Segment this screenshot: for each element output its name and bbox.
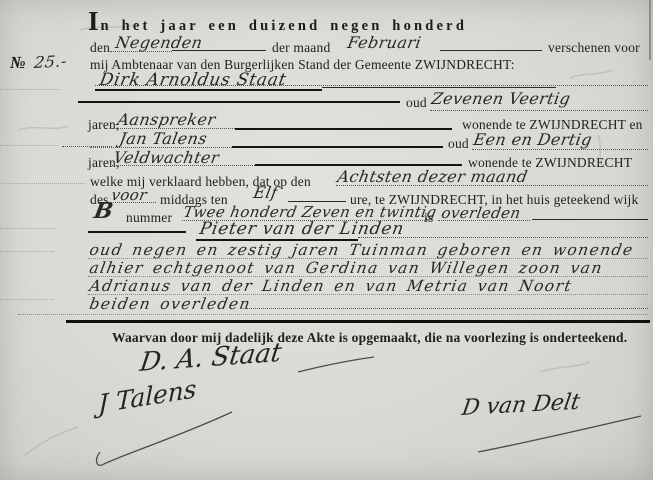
form-leader [430,110,648,111]
signature-registrar: D van Delt [460,390,582,421]
age-label-2: oud [448,136,469,152]
margin-leader [0,183,85,184]
declarant1-age: Zevenen Veertig [430,89,572,108]
margin-leader [0,228,56,229]
declarant1-name: Dirk Arnoldus Staat [98,70,288,90]
form-rule [288,201,346,202]
years-label-1: jaren, [88,117,120,133]
hour-value: Elf [252,183,279,202]
form-rule [322,87,556,88]
deceased-name: Pieter van der Linden [198,219,406,239]
page-edge-shadow [649,0,651,60]
form-rule [78,101,400,103]
form-leader [18,314,648,315]
form-leader [110,165,255,166]
declarant2-name: Jan Talens [118,129,209,148]
form-rule [532,219,648,220]
appeared-before-label: verschenen voor [548,40,640,56]
margin-leader [0,145,58,146]
section-divider-rule [66,320,650,323]
form-rule [440,50,542,51]
form-rule [172,50,266,51]
act-number-value: 25.- [33,51,68,72]
month-value: Februari [346,33,423,52]
death-day-value: Achtsten dezer maand [336,167,529,186]
details-line-2: alhier echtgenoot van Gerdina van Willeg… [88,259,604,277]
signature-declarant2: J Talens [98,374,197,419]
details-line-4: beiden overleden [88,295,253,313]
form-rule [95,89,322,91]
form-leader [358,237,648,238]
details-line-1: oud negen en zestig jaren Tuinman gebore… [88,241,635,259]
form-leader [110,51,172,52]
form-rule [88,231,186,233]
declarant1-occupation: Aanspreker [116,110,217,129]
is-label: is [424,210,433,226]
margin-leader [0,89,60,90]
number-label: nummer [126,210,172,226]
form-leader [95,85,648,86]
form-leader [472,149,648,150]
death-certificate-scan: № 25.- In het jaar een duizend negen hon… [0,0,653,480]
form-rule [235,128,452,130]
month-label: der maand [272,40,330,56]
form-leader [336,185,648,186]
form-leader [240,308,648,309]
details-line-3: Adrianus van der Linden en van Metria va… [88,277,574,295]
age-label-1: oud [406,95,427,111]
form-rule [255,164,462,166]
form-rule [232,146,443,148]
margin-leader [0,251,54,252]
wijk-value: B [92,198,116,224]
declarant2-age: Een en Dertig [472,130,594,149]
act-number-label: № [10,53,26,73]
form-leader [438,220,530,221]
day-label: den [90,40,110,56]
margin-leader [0,299,54,300]
